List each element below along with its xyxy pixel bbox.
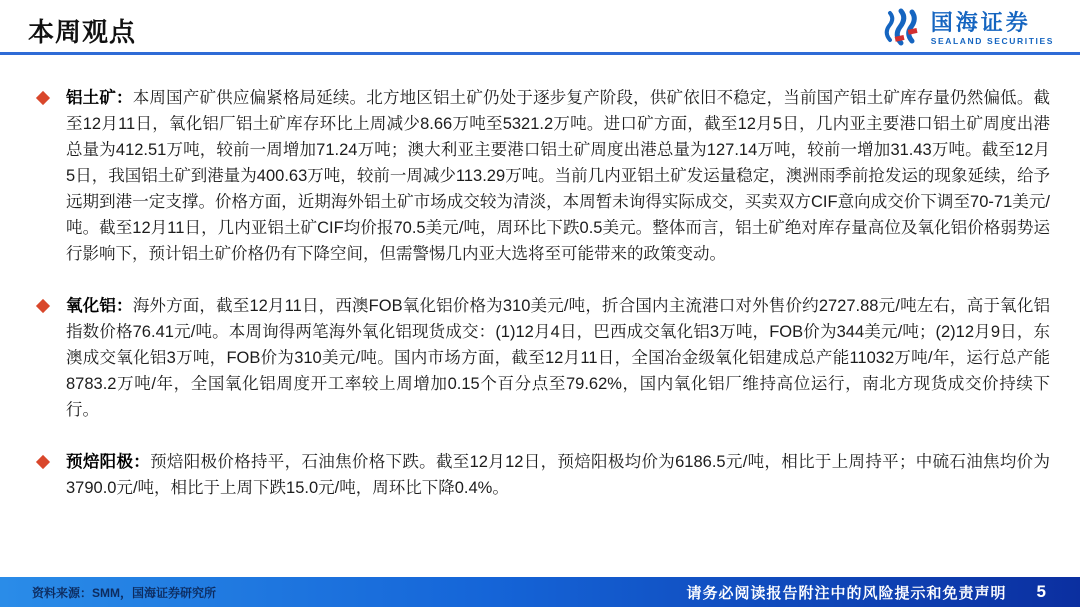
list-item-alumina: 氧化铝：海外方面，截至12月11日，西澳FOB氧化铝价格为310美元/吨，折合国… <box>36 293 1050 423</box>
data-source-note: 资料来源：SMM，国海证券研究所 <box>32 584 216 601</box>
header: 本周观点 国海证券 SEALAND SECURITIES <box>0 0 1080 52</box>
page-title: 本周观点 <box>28 12 136 49</box>
bauxite-text: 本周国产矿供应偏紧格局延续。北方地区铝土矿仍处于逐步复产阶段，供矿依旧不稳定，当… <box>66 89 1050 263</box>
logo-name-cn: 国海证券 <box>931 12 1054 34</box>
alumina-label: 氧化铝： <box>66 297 133 315</box>
list-item-bauxite: 铝土矿：本周国产矿供应偏紧格局延续。北方地区铝土矿仍处于逐步复产阶段，供矿依旧不… <box>36 85 1050 267</box>
prebaked-anode-label: 预焙阳极： <box>66 453 150 471</box>
bauxite-label: 铝土矿： <box>66 89 133 107</box>
logo-text: 国海证券 SEALAND SECURITIES <box>931 12 1054 46</box>
footer-bar: 资料来源：SMM，国海证券研究所 请务必阅读报告附注中的风险提示和免责声明 5 <box>0 577 1080 607</box>
logo-name-en: SEALAND SECURITIES <box>931 37 1054 46</box>
bauxite-paragraph: 铝土矿：本周国产矿供应偏紧格局延续。北方地区铝土矿仍处于逐步复产阶段，供矿依旧不… <box>66 85 1050 267</box>
disclaimer-text: 请务必阅读报告附注中的风险提示和免责声明 <box>687 582 1007 603</box>
list-item-prebaked-anode: 预焙阳极：预焙阳极价格持平，石油焦价格下跌。截至12月12日，预焙阳极均价为61… <box>36 449 1050 501</box>
prebaked-anode-text: 预焙阳极价格持平，石油焦价格下跌。截至12月12日，预焙阳极均价为6186.5元… <box>66 453 1050 497</box>
footer-right: 请务必阅读报告附注中的风险提示和免责声明 5 <box>687 582 1046 603</box>
alumina-text: 海外方面，截至12月11日，西澳FOB氧化铝价格为310美元/吨，折合国内主流港… <box>66 297 1050 419</box>
prebaked-anode-paragraph: 预焙阳极：预焙阳极价格持平，石油焦价格下跌。截至12月12日，预焙阳极均价为61… <box>66 449 1050 501</box>
company-logo: 国海证券 SEALAND SECURITIES <box>881 7 1054 52</box>
diamond-bullet-icon <box>36 299 50 313</box>
slide: 本周观点 国海证券 SEALAND SECURITIES 铝土矿：本周国产矿供应… <box>0 0 1080 607</box>
alumina-paragraph: 氧化铝：海外方面，截至12月11日，西澳FOB氧化铝价格为310美元/吨，折合国… <box>66 293 1050 423</box>
diamond-bullet-icon <box>36 91 50 105</box>
page-number: 5 <box>1037 582 1046 602</box>
sealand-logo-icon <box>881 7 923 52</box>
content-area: 铝土矿：本周国产矿供应偏紧格局延续。北方地区铝土矿仍处于逐步复产阶段，供矿依旧不… <box>0 55 1080 501</box>
diamond-bullet-icon <box>36 455 50 469</box>
